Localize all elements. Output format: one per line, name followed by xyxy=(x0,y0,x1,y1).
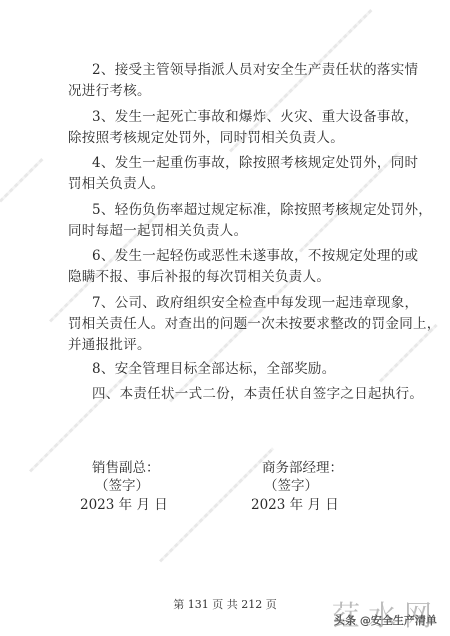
signature-title-commerce: 商务部经理： xyxy=(262,459,343,477)
paragraph-line: 罚相关负责人。 xyxy=(68,175,165,193)
paragraph-line: 四、本责任状一式二份，本责任状自签字之日起执行。 xyxy=(92,385,423,403)
paragraph-line: 隐瞒不报、事后补报的每次罚相关负责人。 xyxy=(68,268,330,286)
paragraph-line: 同时每超一起罚相关负责人。 xyxy=(68,222,247,240)
paragraph-line: 6、发生一起轻伤或恶性未遂事故，不按规定处理的或 xyxy=(92,247,418,265)
logo-overlay-text: 头条 @安全生产清单 xyxy=(334,612,437,628)
paragraph-line: 并通报批评。 xyxy=(68,336,151,354)
paragraph-line: 2、接受主管领导指派人员对安全生产责任状的落实情 xyxy=(92,61,418,79)
signature-sign-sales: （签字） xyxy=(95,477,149,495)
paragraph-line: 4、发生一起重伤事故，除按照考核规定处罚外，同时 xyxy=(92,154,418,172)
paragraph-line: 况进行考核。 xyxy=(68,82,151,100)
signature-title-sales: 销售副总： xyxy=(92,459,160,477)
signature-sign-commerce: （签字） xyxy=(264,477,318,495)
paragraph-line: 5、轻伤负伤率超过规定标准，除按照考核规定处罚外， xyxy=(92,201,432,219)
watermark-stripe xyxy=(29,364,137,472)
watermark-stripe xyxy=(169,273,298,402)
signature-date-sales: 2023 年 月 日 xyxy=(80,496,168,514)
paragraph-line: 8、安全管理目标全部达标，全部奖励。 xyxy=(92,360,336,378)
paragraph-line: 3、发生一起死亡事故和爆炸、火灾、重大设备事故， xyxy=(92,108,418,126)
signature-date-commerce: 2023 年 月 日 xyxy=(251,496,339,514)
paragraph-line: 7、公司、政府组织安全检查中每发现一起违章现象， xyxy=(92,294,418,312)
watermark-stripe xyxy=(0,158,43,203)
paragraph-line: 除按照考核规定处罚外，同时罚相关负责人。 xyxy=(68,129,344,147)
site-logo-watermark: 荭水网 头条 @安全生产清单 xyxy=(332,594,447,634)
paragraph-line: 罚相关责任人。对查出的问题一次未按要求整改的罚金同上， xyxy=(68,315,441,333)
